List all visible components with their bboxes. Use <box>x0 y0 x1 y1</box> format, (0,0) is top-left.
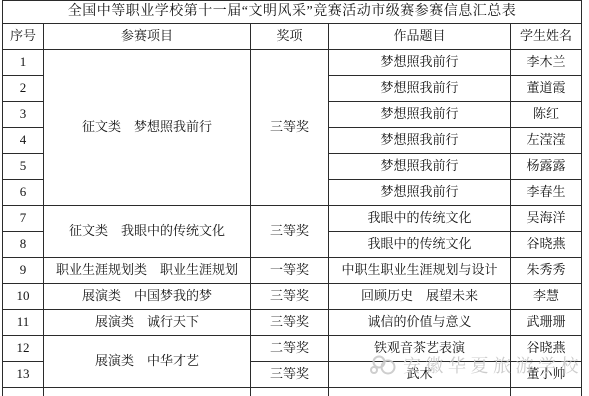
project-cell: 展演类 中国梦我的梦 <box>44 284 251 310</box>
row-number-cell: 4 <box>3 128 44 154</box>
row-number-cell: 6 <box>3 180 44 206</box>
col-header-work: 作品题目 <box>329 24 511 50</box>
title-row: 全国中等职业学校第十一届“文明风采”竞赛活动市级赛参赛信息汇总表 <box>3 1 582 24</box>
work-title-cell: 梦想照我前行 <box>329 50 511 76</box>
student-name-cell: 杨露露 <box>511 154 582 180</box>
row-number-cell: 1 <box>3 50 44 76</box>
work-title-cell: 铁观音茶艺表演 <box>329 336 511 362</box>
col-header-no: 序号 <box>3 24 44 50</box>
row-number-cell: 9 <box>3 258 44 284</box>
work-title-cell: 梦想照我前行 <box>329 154 511 180</box>
summary-table-sheet: 全国中等职业学校第十一届“文明风采”竞赛活动市级赛参赛信息汇总表 序号 参赛项目… <box>2 0 582 396</box>
row-number-cell: 2 <box>3 76 44 102</box>
work-title-cell: 武术 <box>329 362 511 388</box>
work-title-cell: 梦想照我前行 <box>329 128 511 154</box>
cut-off-row <box>3 388 582 396</box>
award-cell: 三等奖 <box>251 284 329 310</box>
student-name-cell: 谷晓燕 <box>511 336 582 362</box>
student-name-cell: 谷晓燕 <box>511 232 582 258</box>
award-cell: 三等奖 <box>251 310 329 336</box>
row-number-cell: 13 <box>3 362 44 388</box>
work-title-cell: 梦想照我前行 <box>329 180 511 206</box>
award-cell: 二等奖 <box>251 336 329 362</box>
row-number-cell: 3 <box>3 102 44 128</box>
row-number-cell: 12 <box>3 336 44 362</box>
work-title-cell: 我眼中的传统文化 <box>329 206 511 232</box>
award-cell: 三等奖 <box>251 362 329 388</box>
student-name-cell: 董道霞 <box>511 76 582 102</box>
student-name-cell: 吴海洋 <box>511 206 582 232</box>
work-title-cell: 梦想照我前行 <box>329 76 511 102</box>
col-header-award: 奖项 <box>251 24 329 50</box>
work-title-cell: 梦想照我前行 <box>329 102 511 128</box>
student-name-cell: 董小帅 <box>511 362 582 388</box>
student-name-cell: 左滢滢 <box>511 128 582 154</box>
work-title-cell: 回顾历史 展望未来 <box>329 284 511 310</box>
project-cell: 职业生涯规划类 职业生涯规划 <box>44 258 251 284</box>
table-row: 12 展演类 中华才艺 二等奖 铁观音茶艺表演 谷晓燕 <box>3 336 582 362</box>
student-name-cell: 李慧 <box>511 284 582 310</box>
award-cell: 三等奖 <box>251 50 329 206</box>
student-name-cell: 武珊珊 <box>511 310 582 336</box>
student-name-cell: 李木兰 <box>511 50 582 76</box>
competition-summary-table: 全国中等职业学校第十一届“文明风采”竞赛活动市级赛参赛信息汇总表 序号 参赛项目… <box>2 0 582 396</box>
page-title: 全国中等职业学校第十一届“文明风采”竞赛活动市级赛参赛信息汇总表 <box>3 1 582 24</box>
table-row: 10 展演类 中国梦我的梦 三等奖 回顾历史 展望未来 李慧 <box>3 284 582 310</box>
table-row: 9 职业生涯规划类 职业生涯规划 一等奖 中职生职业生涯规划与设计 朱秀秀 <box>3 258 582 284</box>
work-title-cell: 我眼中的传统文化 <box>329 232 511 258</box>
row-number-cell: 7 <box>3 206 44 232</box>
project-cell: 展演类 诚行天下 <box>44 310 251 336</box>
student-name-cell: 陈红 <box>511 102 582 128</box>
student-name-cell: 李春生 <box>511 180 582 206</box>
student-name-cell: 朱秀秀 <box>511 258 582 284</box>
work-title-cell: 诚信的价值与意义 <box>329 310 511 336</box>
award-cell: 三等奖 <box>251 206 329 258</box>
project-cell: 征文类 梦想照我前行 <box>44 50 251 206</box>
row-number-cell: 5 <box>3 154 44 180</box>
col-header-project: 参赛项目 <box>44 24 251 50</box>
header-row: 序号 参赛项目 奖项 作品题目 学生姓名 <box>3 24 582 50</box>
row-number-cell: 10 <box>3 284 44 310</box>
award-cell: 一等奖 <box>251 258 329 284</box>
row-number-cell: 8 <box>3 232 44 258</box>
table-row: 11 展演类 诚行天下 三等奖 诚信的价值与意义 武珊珊 <box>3 310 582 336</box>
project-cell: 征文类 我眼中的传统文化 <box>44 206 251 258</box>
project-cell: 展演类 中华才艺 <box>44 336 251 388</box>
table-row: 7 征文类 我眼中的传统文化 三等奖 我眼中的传统文化 吴海洋 <box>3 206 582 232</box>
work-title-cell: 中职生职业生涯规划与设计 <box>329 258 511 284</box>
col-header-student: 学生姓名 <box>511 24 582 50</box>
table-row: 1 征文类 梦想照我前行 三等奖 梦想照我前行 李木兰 <box>3 50 582 76</box>
row-number-cell: 11 <box>3 310 44 336</box>
